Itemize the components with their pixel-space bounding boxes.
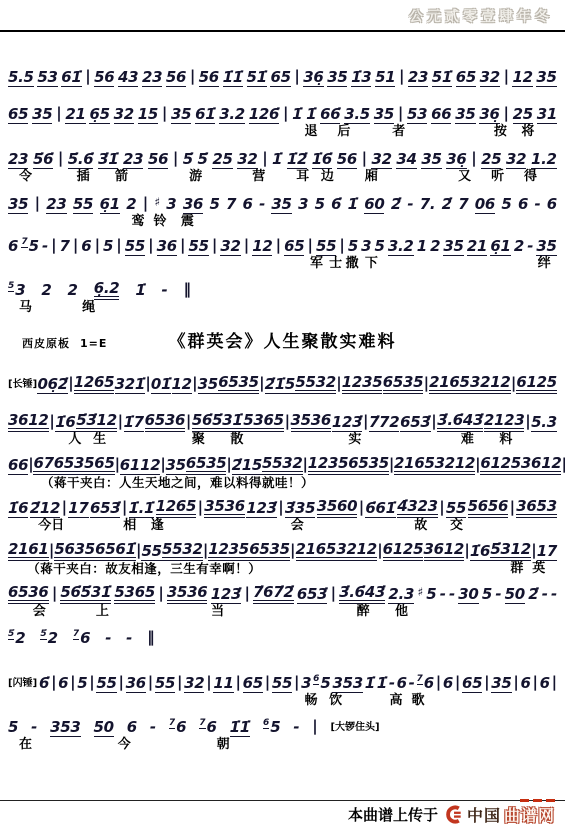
note: 7̇72 <box>369 415 399 432</box>
lyric: 马 <box>19 301 32 315</box>
note: 32 <box>237 152 257 169</box>
note: 23 <box>142 70 162 87</box>
barline: | <box>513 675 518 693</box>
barline: | <box>511 376 516 394</box>
barline: | <box>212 238 217 256</box>
note: 3 <box>361 239 371 256</box>
barline: | <box>552 675 557 693</box>
notes-row: 3612|1̇65̇3̇12|1̇76536|56̇5̇31̇5365|3536… <box>8 407 557 432</box>
barline: | <box>180 238 185 256</box>
barline: | <box>143 196 148 214</box>
note: 3536 <box>167 585 208 604</box>
note: 32 <box>371 152 391 169</box>
note: 35 <box>491 676 511 693</box>
note: 5̇3̇12 <box>76 413 117 432</box>
lyric-line: 军士撒下绊 <box>8 256 557 273</box>
note: 5 <box>8 720 18 737</box>
barline: | <box>439 500 444 518</box>
note: 6̇ <box>39 676 49 693</box>
score-line: 1̇62̇12|17653̇|1̇.1̇1265|3536123̇|3̇3535… <box>8 493 557 535</box>
barline: | <box>294 69 299 87</box>
note: 321̇ <box>115 377 145 394</box>
piece-title: 《群英会》人生聚散实难料 <box>8 327 557 352</box>
barline: | <box>464 543 469 561</box>
note: 76 <box>169 719 186 737</box>
lyric: 绳 <box>82 301 95 315</box>
lyric: 铃 <box>153 215 166 229</box>
lyric: 他 <box>395 605 408 619</box>
note: 3212 <box>336 542 377 561</box>
note: 55 <box>141 544 161 561</box>
note: 6 <box>518 197 528 214</box>
note: 7. <box>420 197 436 214</box>
note: 3.2 <box>388 239 414 256</box>
note: 3 <box>166 197 176 214</box>
note: 55 <box>272 676 292 693</box>
score-line: 235̇6̇|5̇.6̇3̇1̇2356|5̇5̇2532|1̇1̇2̇1̇6̇… <box>8 144 557 186</box>
lyric: 高 <box>390 694 403 708</box>
note: - <box>293 720 299 737</box>
note: 6 <box>127 720 137 737</box>
barline: | <box>89 675 94 693</box>
note: 51̇ <box>247 70 267 87</box>
lyric: 耳 <box>296 170 309 184</box>
lyric: 又 <box>458 170 471 184</box>
notes-row: [闪锤]6̇|6|5|55|36|55|32|11|65|55|3653531̇… <box>8 668 557 693</box>
lyric: 散 <box>230 433 243 447</box>
barline: | <box>158 586 163 604</box>
notes-row: 5-353506-76761̇1̇65-|[大锣住头] <box>8 712 557 737</box>
lyric: 歌 <box>412 694 425 708</box>
note: 5̇ <box>198 152 208 169</box>
note: 34 <box>396 152 416 169</box>
note: 1235 <box>308 456 349 475</box>
barline: | <box>308 238 313 256</box>
note: 5 <box>501 197 511 214</box>
lyric: 退 <box>304 125 317 139</box>
note: 35 <box>198 377 218 394</box>
note: 55 <box>96 676 116 693</box>
barline: | <box>186 414 191 432</box>
grace-note: 6 <box>313 675 319 685</box>
lyric: 听 <box>491 170 504 184</box>
note: 6̣5 <box>89 107 109 124</box>
note: 36 <box>126 676 146 693</box>
barline: | <box>198 500 203 518</box>
grace-note: 6 <box>263 719 269 729</box>
note: 6 <box>8 239 18 256</box>
note: 2̇12 <box>30 501 60 518</box>
note: 65 <box>243 676 263 693</box>
note: 2 <box>126 197 136 214</box>
note: 2123 <box>484 413 525 432</box>
note: 3 <box>298 197 308 214</box>
lyric: 后 <box>337 125 350 139</box>
note: 5532 <box>262 456 303 475</box>
note: - <box>495 587 501 604</box>
note: 353 <box>332 676 362 693</box>
lyric: 鸾 <box>132 215 145 229</box>
notes-row: 2161|56356561̇|555532|12356535|21653212|… <box>8 536 557 561</box>
note: - <box>407 197 413 214</box>
note: 35 <box>166 458 186 475</box>
lyric: 当 <box>211 605 224 619</box>
barline: | <box>236 675 241 693</box>
barline: | <box>436 675 441 693</box>
score-line: 5.55361̇|56432356|561̇1̇51̇65|36̣351̇351… <box>8 62 557 87</box>
score-line: 3612|1̇65̇3̇12|1̇76536|56̇5̇31̇5365|3536… <box>8 407 557 449</box>
note: 65 <box>284 239 304 256</box>
note: 1̇ <box>348 197 358 214</box>
note: 35 <box>171 107 191 124</box>
note: 23 <box>46 197 66 214</box>
note: 3536 <box>204 499 245 518</box>
note: 5 <box>315 197 325 214</box>
note: 6125 <box>516 375 557 394</box>
note: - <box>42 239 48 256</box>
note: 7 <box>458 197 468 214</box>
logo-accent-dashes <box>520 799 555 802</box>
notes-row: 235̇6̇|5̇.6̇3̇1̇2356|5̇5̇2532|1̇1̇2̇1̇6̇… <box>8 144 557 169</box>
notes-row: 1̇62̇12|17653̇|1̇.1̇1265|3536123̇|3̇3535… <box>8 493 557 518</box>
note: 3̇35 <box>285 501 315 518</box>
note: 30 <box>458 587 478 604</box>
lyric: 英 <box>532 562 545 576</box>
logo-mark-icon <box>445 805 464 824</box>
note: 3536 <box>291 413 332 432</box>
lyric: 人 <box>68 433 81 447</box>
note: 55 <box>155 676 175 693</box>
barline: | <box>244 238 249 256</box>
upload-note: 本曲谱上传于 <box>348 804 438 825</box>
note: 43 <box>118 70 138 87</box>
note: 35 <box>536 70 556 87</box>
barline: | <box>206 675 211 693</box>
sharp-symbol: ♯ <box>154 196 160 214</box>
note: 5365 <box>114 585 155 604</box>
lyric: 饮 <box>329 694 342 708</box>
note: 3653 <box>516 499 557 518</box>
note: 2161 <box>8 542 49 561</box>
grace-note: 7 <box>417 675 423 685</box>
note: 32 <box>220 239 240 256</box>
note: 123̇ <box>332 415 362 432</box>
note: 6 <box>443 676 453 693</box>
lyric: 朝 <box>217 738 230 752</box>
barline: | <box>510 500 515 518</box>
note: - <box>259 197 265 214</box>
barline: | <box>136 543 141 561</box>
note: 5̇ <box>183 152 193 169</box>
note: 25 <box>212 152 232 169</box>
barline: | <box>148 675 153 693</box>
note: 3212 <box>435 456 476 475</box>
score-line: [长锤]06̣2̇|1265321̇|01̇12|356535|2̇1̇5553… <box>8 369 557 394</box>
note: 6 <box>58 676 68 693</box>
score-line: 5̇25̇276--‖ <box>8 623 557 648</box>
note: 76 <box>417 675 434 693</box>
note: 76 <box>199 719 216 737</box>
notes-row: 5.55361̇|56432356|561̇1̇51̇65|36̣351̇351… <box>8 62 557 87</box>
note: 5 <box>426 587 436 604</box>
note: 12 <box>172 377 192 394</box>
note: 32 <box>184 676 204 693</box>
barline: | <box>49 543 54 561</box>
lyric: 今日 <box>38 519 64 533</box>
barline: | <box>70 675 75 693</box>
note: 17 <box>537 544 557 561</box>
score-line: 2161|56356561̇|555532|12356535|21653212|… <box>8 536 557 578</box>
note: - <box>534 197 540 214</box>
note: 6 <box>243 197 253 214</box>
barline: | <box>504 106 509 124</box>
barline: | <box>362 151 367 169</box>
notes-row: [长锤]06̣2̇|1265321̇|01̇12|356535|2̇1̇5553… <box>8 369 557 394</box>
barline: | <box>52 586 57 604</box>
barline: | <box>162 106 167 124</box>
barline: | <box>331 586 336 604</box>
note: 12 <box>512 70 532 87</box>
barline: | <box>484 675 489 693</box>
sheet-music-page: 公元贰零壹肆年冬 5.55361̇|56432356|561̇1̇51̇65|3… <box>0 0 565 834</box>
note: 1̇3 <box>351 70 371 87</box>
note: 51 <box>375 70 395 87</box>
barline: | <box>95 238 100 256</box>
note: - <box>126 631 132 648</box>
lyric: 故 <box>414 519 427 533</box>
barline: | <box>504 69 509 87</box>
note: 66̇ <box>320 107 340 124</box>
note: 5 <box>348 239 358 256</box>
spoken-aside: （蒋干夹白：故友相逢，三生有幸啊！） <box>27 562 261 576</box>
site-logo[interactable]: 中国 曲谱网 <box>445 803 555 826</box>
note: 3 <box>301 676 311 693</box>
note: 6̣1 <box>490 239 510 256</box>
notes-row: 53226̣.21̇-‖ <box>8 275 557 300</box>
note: 21 <box>65 107 85 124</box>
note: 1235 <box>342 375 383 394</box>
lyric: 逢 <box>151 519 164 533</box>
barline: | <box>363 414 368 432</box>
note: 3.5 <box>344 107 370 124</box>
note: 60 <box>364 197 384 214</box>
barline: | <box>533 675 538 693</box>
note: 55 <box>188 239 208 256</box>
lyric: 军 <box>310 257 323 271</box>
lyric: 料 <box>499 433 512 447</box>
lyric: 撒 <box>346 257 359 271</box>
note: 2̇15 <box>232 458 262 475</box>
note: 6535 <box>186 456 227 475</box>
note: 53 <box>407 107 427 124</box>
note: 653̇ <box>90 501 120 518</box>
note: 5.5 <box>8 70 34 87</box>
note: - <box>542 587 548 604</box>
note: 36̣ <box>303 70 323 87</box>
barline: | <box>148 238 153 256</box>
note: 5.3 <box>531 415 557 432</box>
barline: | <box>336 376 341 394</box>
note: 2 <box>430 239 440 256</box>
lyric: 插 <box>77 170 90 184</box>
note: 1̇2̇ <box>287 152 307 169</box>
note: 6125 <box>383 542 424 561</box>
percussion-tag: [长锤] <box>8 375 37 394</box>
note: 23 <box>8 152 28 169</box>
note: 3̇1̇ <box>98 152 118 169</box>
note: 5635 <box>54 542 95 561</box>
lyric: 下 <box>365 257 378 271</box>
note: 7 <box>226 197 236 214</box>
barline: | <box>62 500 67 518</box>
barline: | <box>119 675 124 693</box>
note: 1̇6 <box>55 415 75 432</box>
note: 53 <box>8 282 25 300</box>
barline: | <box>58 151 63 169</box>
barline: | <box>561 457 565 475</box>
note: 11 <box>213 676 233 693</box>
note: 55 <box>316 239 336 256</box>
score-line: 675-|7|6|5|55|36|55|32|12|65|55|5353.212… <box>8 231 557 273</box>
grace-note: 7 <box>73 630 79 640</box>
note: - <box>409 676 415 693</box>
note: 5532 <box>162 542 203 561</box>
note: 1̇ <box>135 283 145 300</box>
lyric-line: 令插箭游营耳边厢又听得 <box>8 169 557 186</box>
note: 06 <box>475 197 495 214</box>
lyric: 相 <box>123 519 136 533</box>
note: 3565 <box>74 456 115 475</box>
lyric: 畅 <box>304 694 317 708</box>
note: 6125 <box>480 456 521 475</box>
lyric: 会 <box>291 519 304 533</box>
notes-row: 35|23556̣12|♯336576-35356̇1̇602̇-7.2̇706… <box>8 189 557 214</box>
spoken-aside: （蒋干夹白：人生天地之间，难以料得就哇！） <box>41 476 314 490</box>
note: 66 <box>8 458 28 475</box>
barline: | <box>122 500 127 518</box>
note: 5̇2 <box>8 630 25 648</box>
barline: | <box>68 376 73 394</box>
note: 2165 <box>394 456 435 475</box>
note: 2 <box>41 283 51 300</box>
lyric: 震 <box>181 215 194 229</box>
note: 12 <box>252 239 272 256</box>
note: 55 <box>73 197 93 214</box>
score-line: 53226̣.21̇-‖马绳 <box>8 275 557 317</box>
notes-row: 6536|56̇5̇31̇5365|3536123̇|7̇67̇2̇653̇|3… <box>8 579 557 604</box>
barline: | <box>192 376 197 394</box>
lyric: 上 <box>96 605 109 619</box>
barline: | <box>203 543 208 561</box>
note: 5532 <box>295 375 336 394</box>
barline: | <box>244 586 249 604</box>
lyric: 箭 <box>115 170 128 184</box>
note: 32 <box>114 107 134 124</box>
lyric-line: 退后者按将 <box>8 124 557 141</box>
barline: | <box>294 675 299 693</box>
note: 2̇ <box>442 197 452 214</box>
score-area: 5.55361̇|56432356|561̇1̇51̇65|36̣351̇351… <box>8 36 557 754</box>
note: 6̇61̇ <box>365 501 395 518</box>
lyric: 实 <box>348 433 361 447</box>
note: 6 <box>540 676 550 693</box>
barline: | <box>283 106 288 124</box>
note: 7̇67̇2̇ <box>253 585 294 604</box>
lyric: 令 <box>19 170 32 184</box>
logo-text-primary: 中国 <box>467 803 501 826</box>
lyric: 群 <box>510 562 523 576</box>
notes-row: 6535|216̣53215|3561̇3.2126̇|1̇1̇66̇3.535… <box>8 99 557 124</box>
top-rule <box>0 30 565 32</box>
barline: | <box>173 151 178 169</box>
note: 6 <box>397 676 407 693</box>
note: 1̇6̇ <box>312 152 332 169</box>
barline: | <box>85 69 90 87</box>
note: - <box>105 631 111 648</box>
note: 35 <box>421 152 441 169</box>
note: 2 <box>68 283 78 300</box>
notes-row: 66|67653565|6112|356535|2̇155532|1235653… <box>8 450 557 475</box>
note: 1 <box>417 239 427 256</box>
note: 17 <box>68 501 88 518</box>
lyric-line: 在今朝 <box>8 737 557 754</box>
lyric: 今 <box>118 738 131 752</box>
note: 56 <box>94 70 114 87</box>
note: 653̇ <box>297 587 327 604</box>
note: 1265 <box>156 499 197 518</box>
note: 1̇ <box>292 107 302 124</box>
note: 61̇ <box>195 107 215 124</box>
barline: | <box>398 106 403 124</box>
lyric: 生 <box>93 433 106 447</box>
note: 55 <box>446 501 466 518</box>
note: 65 <box>8 107 28 124</box>
note: 61 <box>120 458 140 475</box>
barline: | <box>471 151 476 169</box>
note: 5365 <box>243 413 284 432</box>
note: 1̇7 <box>124 415 144 432</box>
barline: | <box>312 719 317 737</box>
note: 61̇ <box>61 70 81 87</box>
note: 1235 <box>208 542 249 561</box>
grace-note: 7 <box>169 719 175 729</box>
barline: | <box>177 675 182 693</box>
note: 2165 <box>429 375 470 394</box>
note: 3612 <box>8 413 49 432</box>
barline: | <box>531 543 536 561</box>
note: 35 <box>32 107 52 124</box>
note: 36̣ <box>479 107 499 124</box>
note: 35 <box>536 239 556 256</box>
era-caption: 公元贰零壹肆年冬 <box>409 6 553 26</box>
note: 2̇ <box>391 197 401 214</box>
note: 55 <box>125 239 145 256</box>
barline: | <box>145 376 150 394</box>
note: 6 <box>520 676 530 693</box>
note: 2̇ <box>528 587 538 604</box>
note: - <box>440 587 446 604</box>
note: 2.3 <box>388 587 414 604</box>
note: 1̇6 <box>8 501 28 518</box>
lyric: 者 <box>392 125 405 139</box>
note: 32 <box>480 70 500 87</box>
note: 5 <box>482 587 492 604</box>
note: 4̇323 <box>397 499 438 518</box>
note: 25 <box>481 152 501 169</box>
barline: | <box>399 69 404 87</box>
note: 1265 <box>74 375 115 394</box>
note: 1̇ <box>377 676 387 693</box>
